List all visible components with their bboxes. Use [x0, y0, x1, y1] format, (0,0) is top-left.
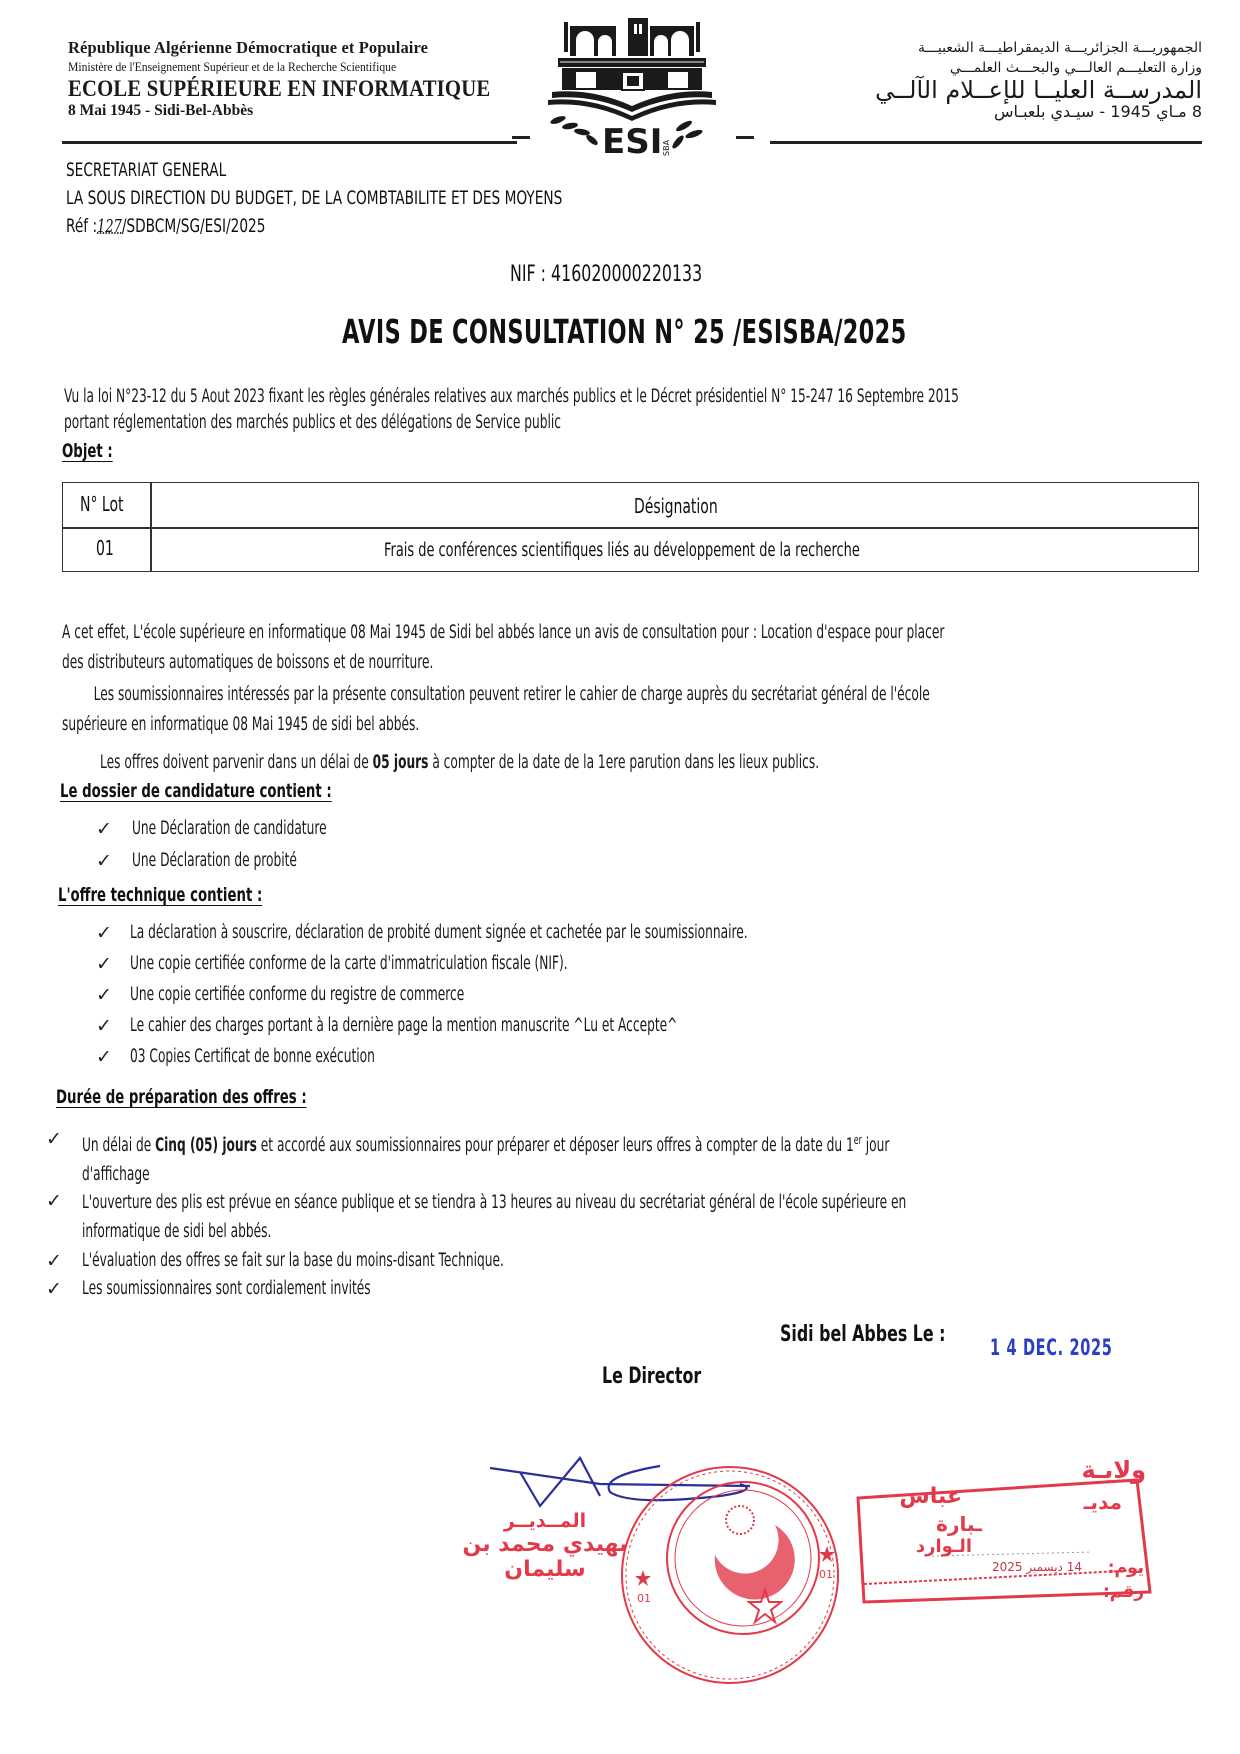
checkmark-icon: ✓ — [96, 922, 112, 944]
header-divider-left — [62, 141, 517, 144]
stamp-name-ar: بهيدي محمد بن سليمان — [450, 1532, 640, 1582]
stamp-title-ar: المــديــر — [450, 1510, 640, 1532]
reference: Réf :127/SDBCM/SG/ESI/2025 — [66, 212, 562, 241]
list-item: ✓ L'ouverture des plis est prévue en séa… — [46, 1190, 62, 1212]
school-building-book-logo-icon: ESI SBA — [518, 8, 742, 158]
checkmark-icon: ✓ — [96, 984, 112, 1006]
list-item: ✓ Une copie certifiée conforme de la car… — [96, 953, 112, 975]
checkmark-icon: ✓ — [46, 1250, 62, 1272]
offre-technique-heading: L'offre technique contient : — [58, 884, 262, 906]
table-row-designation: Frais de conférences scientifiques liés … — [384, 540, 860, 561]
school-name: ECOLE SUPÉRIEURE EN INFORMATIQUE — [68, 76, 464, 102]
school-location-ar: 8 مـاي 1945 - سيـدي بلعبـاس — [782, 102, 1202, 121]
checkmark-icon: ✓ — [96, 1046, 112, 1068]
ministry-name-ar: وزارة التعليـــم العالـــي والبحـــث الع… — [782, 60, 1202, 76]
list-item: ✓ 03 Copies Certificat de bonne exécutio… — [96, 1046, 112, 1068]
list-item: ✓ L'évaluation des offres se fait sur la… — [46, 1250, 62, 1272]
school-location: 8 Mai 1945 - Sidi-Bel-Abbès — [68, 102, 508, 120]
svg-text:SBA: SBA — [662, 139, 671, 156]
duration-bold: Cinq (05) jours — [155, 1135, 257, 1156]
list-item: ✓ Une copie certifiée conforme du regist… — [96, 984, 112, 1006]
list-item: ✓ Un délai de Cinq (05) jours et accordé… — [46, 1128, 62, 1150]
ministry-name: Ministère de l'Enseignement Supérieur et… — [68, 60, 477, 75]
nif-number: NIF : 416020000220133 — [510, 262, 702, 287]
header-right-arabic: الجمهوريـــة الجزائريـــة الديمقراطيـــة… — [782, 40, 1202, 121]
table-header-lot: N° Lot — [80, 492, 124, 516]
dossier-heading: Le dossier de candidature contient : — [60, 780, 332, 802]
checkmark-icon: ✓ — [46, 1190, 62, 1212]
date-place-label: Sidi bel Abbes Le : — [780, 1322, 945, 1347]
page-title: AVIS DE CONSULTATION N° 25 /ESISBA/2025 — [342, 312, 907, 351]
checkmark-icon: ✓ — [96, 953, 112, 975]
paragraph-2: Les soumissionnaires intéressés par la p… — [62, 680, 930, 740]
checkmark-icon: ✓ — [96, 850, 112, 872]
date-stamp: 1 4 DEC. 2025 — [990, 1336, 1113, 1361]
reference-number-handwritten: 127 — [97, 216, 122, 237]
deadline-bold: 05 jours — [373, 752, 429, 773]
sub-direction: LA SOUS DIRECTION DU BUDGET, DE LA COMBT… — [66, 184, 562, 212]
table-row-lot-number: 01 — [96, 536, 114, 560]
checkmark-icon: ✓ — [46, 1278, 62, 1300]
received-stamp: ولايـة عباس مديـ ـبارة الـوارد يوم: 14 د… — [852, 1474, 1152, 1604]
republic-name: République Algérienne Démocratique et Po… — [68, 38, 508, 58]
list-item: ✓ La déclaration à souscrire, déclaratio… — [96, 922, 112, 944]
table-row-divider — [62, 527, 1199, 529]
lots-table: N° Lot Désignation 01 Frais de conférenc… — [62, 482, 1199, 572]
secretariat-block: SECRETARIAT GENERAL LA SOUS DIRECTION DU… — [66, 156, 562, 241]
received-date-handwritten: 14 ديسمبر 2025 — [992, 1560, 1082, 1574]
list-item: ✓ Le cahier des charges portant à la der… — [96, 1015, 112, 1037]
svg-text:01: 01 — [819, 1568, 833, 1581]
official-round-seal-icon: 01 01 — [615, 1460, 845, 1690]
school-name-ar: المدرســة العليــا للإعــلام الآلــي — [782, 76, 1202, 104]
checkmark-icon: ✓ — [96, 818, 112, 840]
checkmark-icon: ✓ — [46, 1128, 62, 1150]
duree-heading: Durée de préparation des offres : — [56, 1086, 307, 1108]
list-item: ✓ Les soumissionnaires sont cordialement… — [46, 1278, 62, 1300]
paragraph-3: Les offres doivent parvenir dans un déla… — [100, 750, 819, 776]
school-logo: ESI SBA — [518, 8, 742, 158]
checkmark-icon: ✓ — [96, 1015, 112, 1037]
logo-text: ESI — [602, 122, 662, 158]
list-item: ✓ Une Déclaration de probité — [96, 850, 112, 872]
republic-name-ar: الجمهوريـــة الجزائريـــة الديمقراطيـــة… — [782, 40, 1202, 56]
objet-heading: Objet : — [62, 440, 113, 462]
seal-number: 01 — [637, 1592, 651, 1605]
header-divider-right — [770, 141, 1202, 144]
director-name-stamp: المــديــر بهيدي محمد بن سليمان — [450, 1510, 640, 1582]
list-item: ✓ Une Déclaration de candidature — [96, 818, 112, 840]
header-left-french: République Algérienne Démocratique et Po… — [68, 38, 508, 120]
table-header-designation: Désignation — [634, 494, 718, 518]
director-label: Le Director — [602, 1364, 701, 1389]
secretariat-general: SECRETARIAT GENERAL — [66, 156, 562, 184]
paragraph-1: A cet effet, L'école supérieure en infor… — [62, 618, 944, 678]
preamble: Vu la loi N°23-12 du 5 Aout 2023 fixant … — [64, 384, 959, 436]
